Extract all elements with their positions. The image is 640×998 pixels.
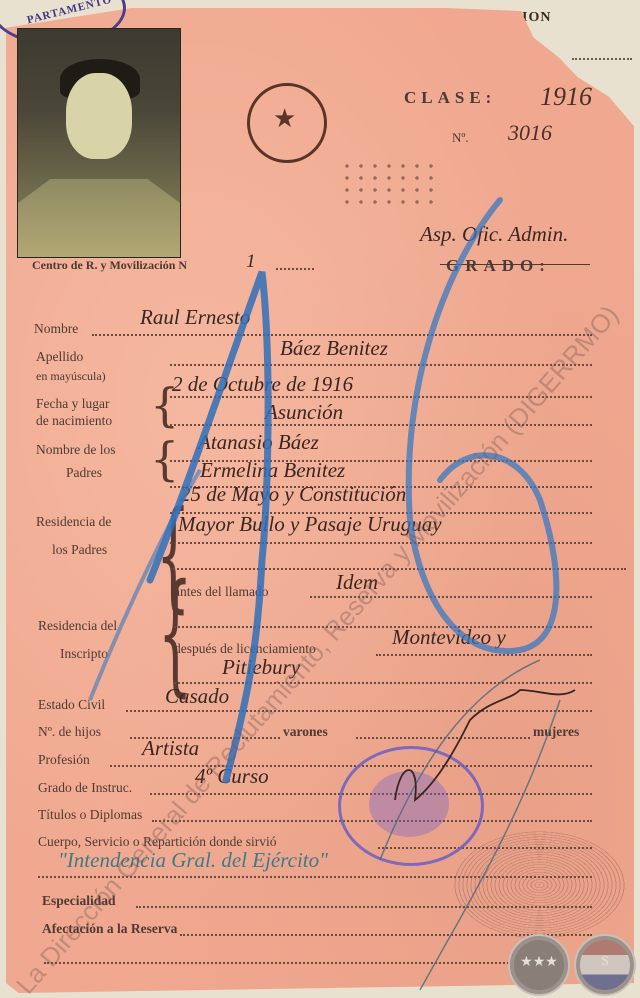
- underlying-dotted-line: [572, 58, 632, 60]
- despues-dotted-line: [376, 654, 592, 656]
- hijos-label: Nº. de hijos: [38, 724, 101, 740]
- flag-badge: S: [574, 934, 636, 996]
- centro-value: 1: [246, 251, 256, 273]
- three-stars-badge: ★★★: [508, 934, 570, 996]
- padres-father: Atanasio Báez: [198, 430, 319, 455]
- profesion-dotted-line: [110, 765, 592, 767]
- apellido-dotted-line: [170, 364, 592, 366]
- titulos-label: Títulos o Diplomas: [38, 807, 142, 823]
- residencia-padres-sublabel: los Padres: [52, 542, 107, 558]
- clase-label: CLASE:: [404, 88, 496, 108]
- grado-instruccion-label: Grado de Instruc.: [38, 780, 132, 796]
- apellido-label: Apellido: [36, 349, 83, 365]
- residencia-inscripto-sublabel: Inscripto: [60, 646, 108, 662]
- profesion-value: Artista: [142, 736, 199, 761]
- antes-label: antes del llamado: [174, 584, 268, 600]
- grado-value: Asp. Ofic. Admin.: [420, 222, 568, 247]
- padres-label: Nombre de los: [36, 442, 115, 458]
- despues-value: Montevideo y: [392, 625, 506, 650]
- fingerprint: [452, 830, 627, 940]
- padres-brace: {: [150, 436, 179, 482]
- estado-civil-label: Estado Civil: [38, 697, 105, 713]
- residencia-padres-label: Residencia de: [36, 514, 111, 530]
- republic-seal-icon: [247, 83, 327, 163]
- residencia-padres-dotted-line-2: [170, 542, 592, 544]
- estado-civil-dotted-line: [126, 710, 592, 712]
- apellido-value: Báez Benitez: [280, 336, 388, 361]
- grado-label: GRADO:: [446, 256, 551, 276]
- nacimiento-label: Fecha y lugar: [36, 396, 109, 412]
- padres-mother: Ermelina Benitez: [200, 458, 345, 483]
- nacimiento-place: Asunción: [265, 400, 343, 425]
- padres-sublabel: Padres: [66, 465, 102, 481]
- centro-dotted-line: [276, 268, 314, 270]
- varones-label: varones: [283, 724, 328, 740]
- cuerpo-value: "Intendencia Gral. del Ejército": [58, 848, 328, 873]
- mujeres-label: mujeres: [533, 724, 579, 740]
- despues-dotted-line-2: [174, 682, 592, 684]
- nacimiento-date: 2 de Octubre de 1916: [172, 372, 353, 397]
- clase-value: 1916: [540, 82, 592, 112]
- numero-value: 3016: [508, 120, 552, 146]
- nombre-label: Nombre: [34, 321, 78, 337]
- nombre-value: Raul Ernesto: [140, 305, 250, 330]
- profesion-label: Profesión: [38, 752, 90, 768]
- estado-civil-value: Casado: [165, 684, 229, 709]
- nacimiento-sublabel: de nacimiento: [36, 413, 112, 429]
- numero-label: Nº.: [452, 130, 469, 146]
- hijos-mujeres-dotted-line: [356, 737, 530, 739]
- purple-oval-stamp: [338, 746, 484, 866]
- afectacion-dotted-line-2: [44, 962, 544, 964]
- perforation-marks: [340, 160, 440, 210]
- residencia-inscripto-label: Residencia del: [38, 618, 117, 634]
- apellido-sublabel: en mayúscula): [36, 369, 106, 384]
- centro-label: Centro de R. y Movilización N: [32, 258, 187, 273]
- portrait-photo: [17, 28, 181, 258]
- inscripto-dotted-line-blank: [174, 626, 592, 628]
- residencia-padres-line1: 25 de Mayo y Constitución: [180, 482, 406, 507]
- grado-strike-line: [440, 264, 590, 265]
